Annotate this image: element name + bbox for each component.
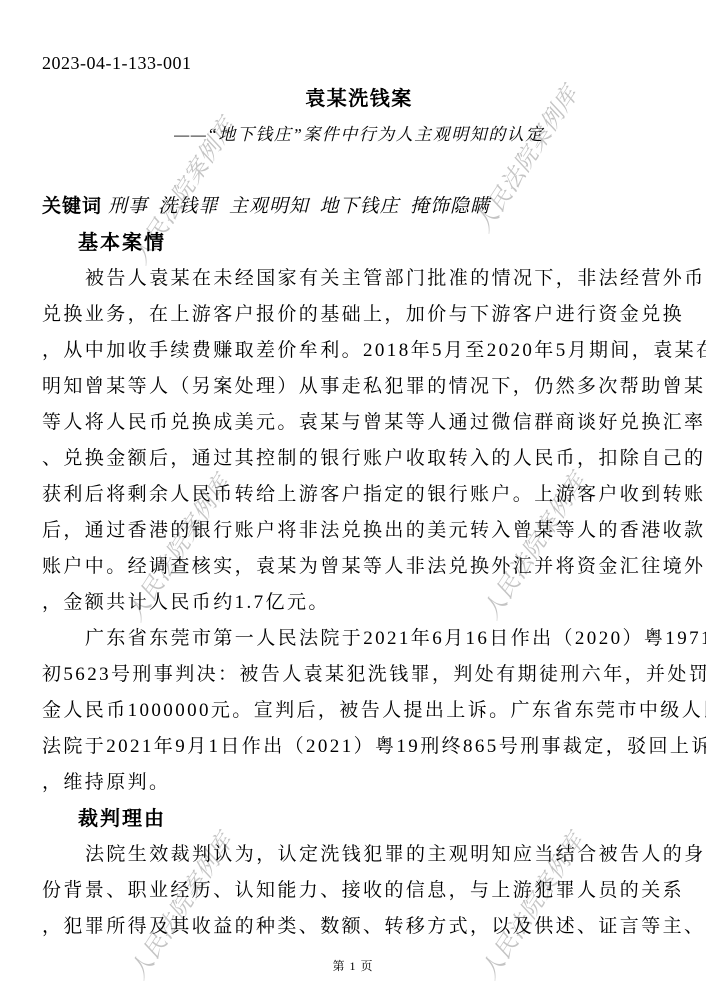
document-number: 2023-04-1-133-001 bbox=[42, 45, 676, 81]
body-line: 份背景、职业经历、认知能力、接收的信息，与上游犯罪人员的关系 bbox=[42, 873, 676, 909]
page-number-footer: 第 1 页 bbox=[0, 957, 706, 974]
body-line: ，金额共计人民币约1.7亿元。 bbox=[42, 585, 676, 621]
body-line: ，犯罪所得及其收益的种类、数额、转移方式，以及供述、证言等主、 bbox=[42, 909, 676, 945]
body-line: 初5623号刑事判决：被告人袁某犯洗钱罪，判处有期徒刑六年，并处罚 bbox=[42, 657, 676, 693]
body-line: 获利后将剩余人民币转给上游客户指定的银行账户。上游客户收到转账 bbox=[42, 477, 676, 513]
body-line: 兑换业务，在上游客户报价的基础上，加价与下游客户进行资金兑换 bbox=[42, 297, 676, 333]
body-line: 账户中。经调查核实，袁某为曾某等人非法兑换外汇并将资金汇往境外 bbox=[42, 549, 676, 585]
body-line: ，从中加收手续费赚取差价牟利。2018年5月至2020年5月期间，袁某在 bbox=[42, 333, 676, 369]
body-line: 明知曾某等人（另案处理）从事走私犯罪的情况下，仍然多次帮助曾某 bbox=[42, 369, 676, 405]
body-line: ，维持原判。 bbox=[42, 765, 676, 801]
body-line: 法院生效裁判认为，认定洗钱犯罪的主观明知应当结合被告人的身 bbox=[42, 837, 676, 873]
page-content: 2023-04-1-133-001 袁某洗钱案 ——“地下钱庄”案件中行为人主观… bbox=[0, 45, 706, 945]
body-line: 等人将人民币兑换成美元。袁某与曾某等人通过微信群商谈好兑换汇率 bbox=[42, 405, 676, 441]
keywords-line: 关键词刑事 洗钱罪 主观明知 地下钱庄 掩饰隐瞒 bbox=[42, 189, 676, 225]
body-line: 、兑换金额后，通过其控制的银行账户收取转入的人民币，扣除自己的 bbox=[42, 441, 676, 477]
body-line: 金人民币1000000元。宣判后，被告人提出上诉。广东省东莞市中级人民 bbox=[42, 693, 676, 729]
case-title: 袁某洗钱案 bbox=[42, 81, 676, 117]
section-heading: 基本案情 bbox=[42, 225, 676, 261]
keywords-label: 关键词 bbox=[42, 196, 102, 217]
spacer bbox=[42, 153, 676, 189]
keywords-list: 刑事 洗钱罪 主观明知 地下钱庄 掩饰隐瞒 bbox=[108, 196, 490, 217]
document-page: 人民法院案例库人民法院案例库人民法院案例库人民法院案例库人民法院案例库人民法院案… bbox=[0, 0, 706, 999]
body-line: 广东省东莞市第一人民法院于2021年6月16日作出（2020）粤1971刑 bbox=[42, 621, 676, 657]
body-line: 被告人袁某在未经国家有关主管部门批准的情况下，非法经营外币 bbox=[42, 261, 676, 297]
body-line: 法院于2021年9月1日作出（2021）粤19刑终865号刑事裁定，驳回上诉 bbox=[42, 729, 676, 765]
section-heading: 裁判理由 bbox=[42, 801, 676, 837]
document-body: 基本案情被告人袁某在未经国家有关主管部门批准的情况下，非法经营外币兑换业务，在上… bbox=[42, 225, 676, 945]
body-line: 后，通过香港的银行账户将非法兑换出的美元转入曾某等人的香港收款 bbox=[42, 513, 676, 549]
case-subtitle: ——“地下钱庄”案件中行为人主观明知的认定 bbox=[42, 117, 676, 153]
